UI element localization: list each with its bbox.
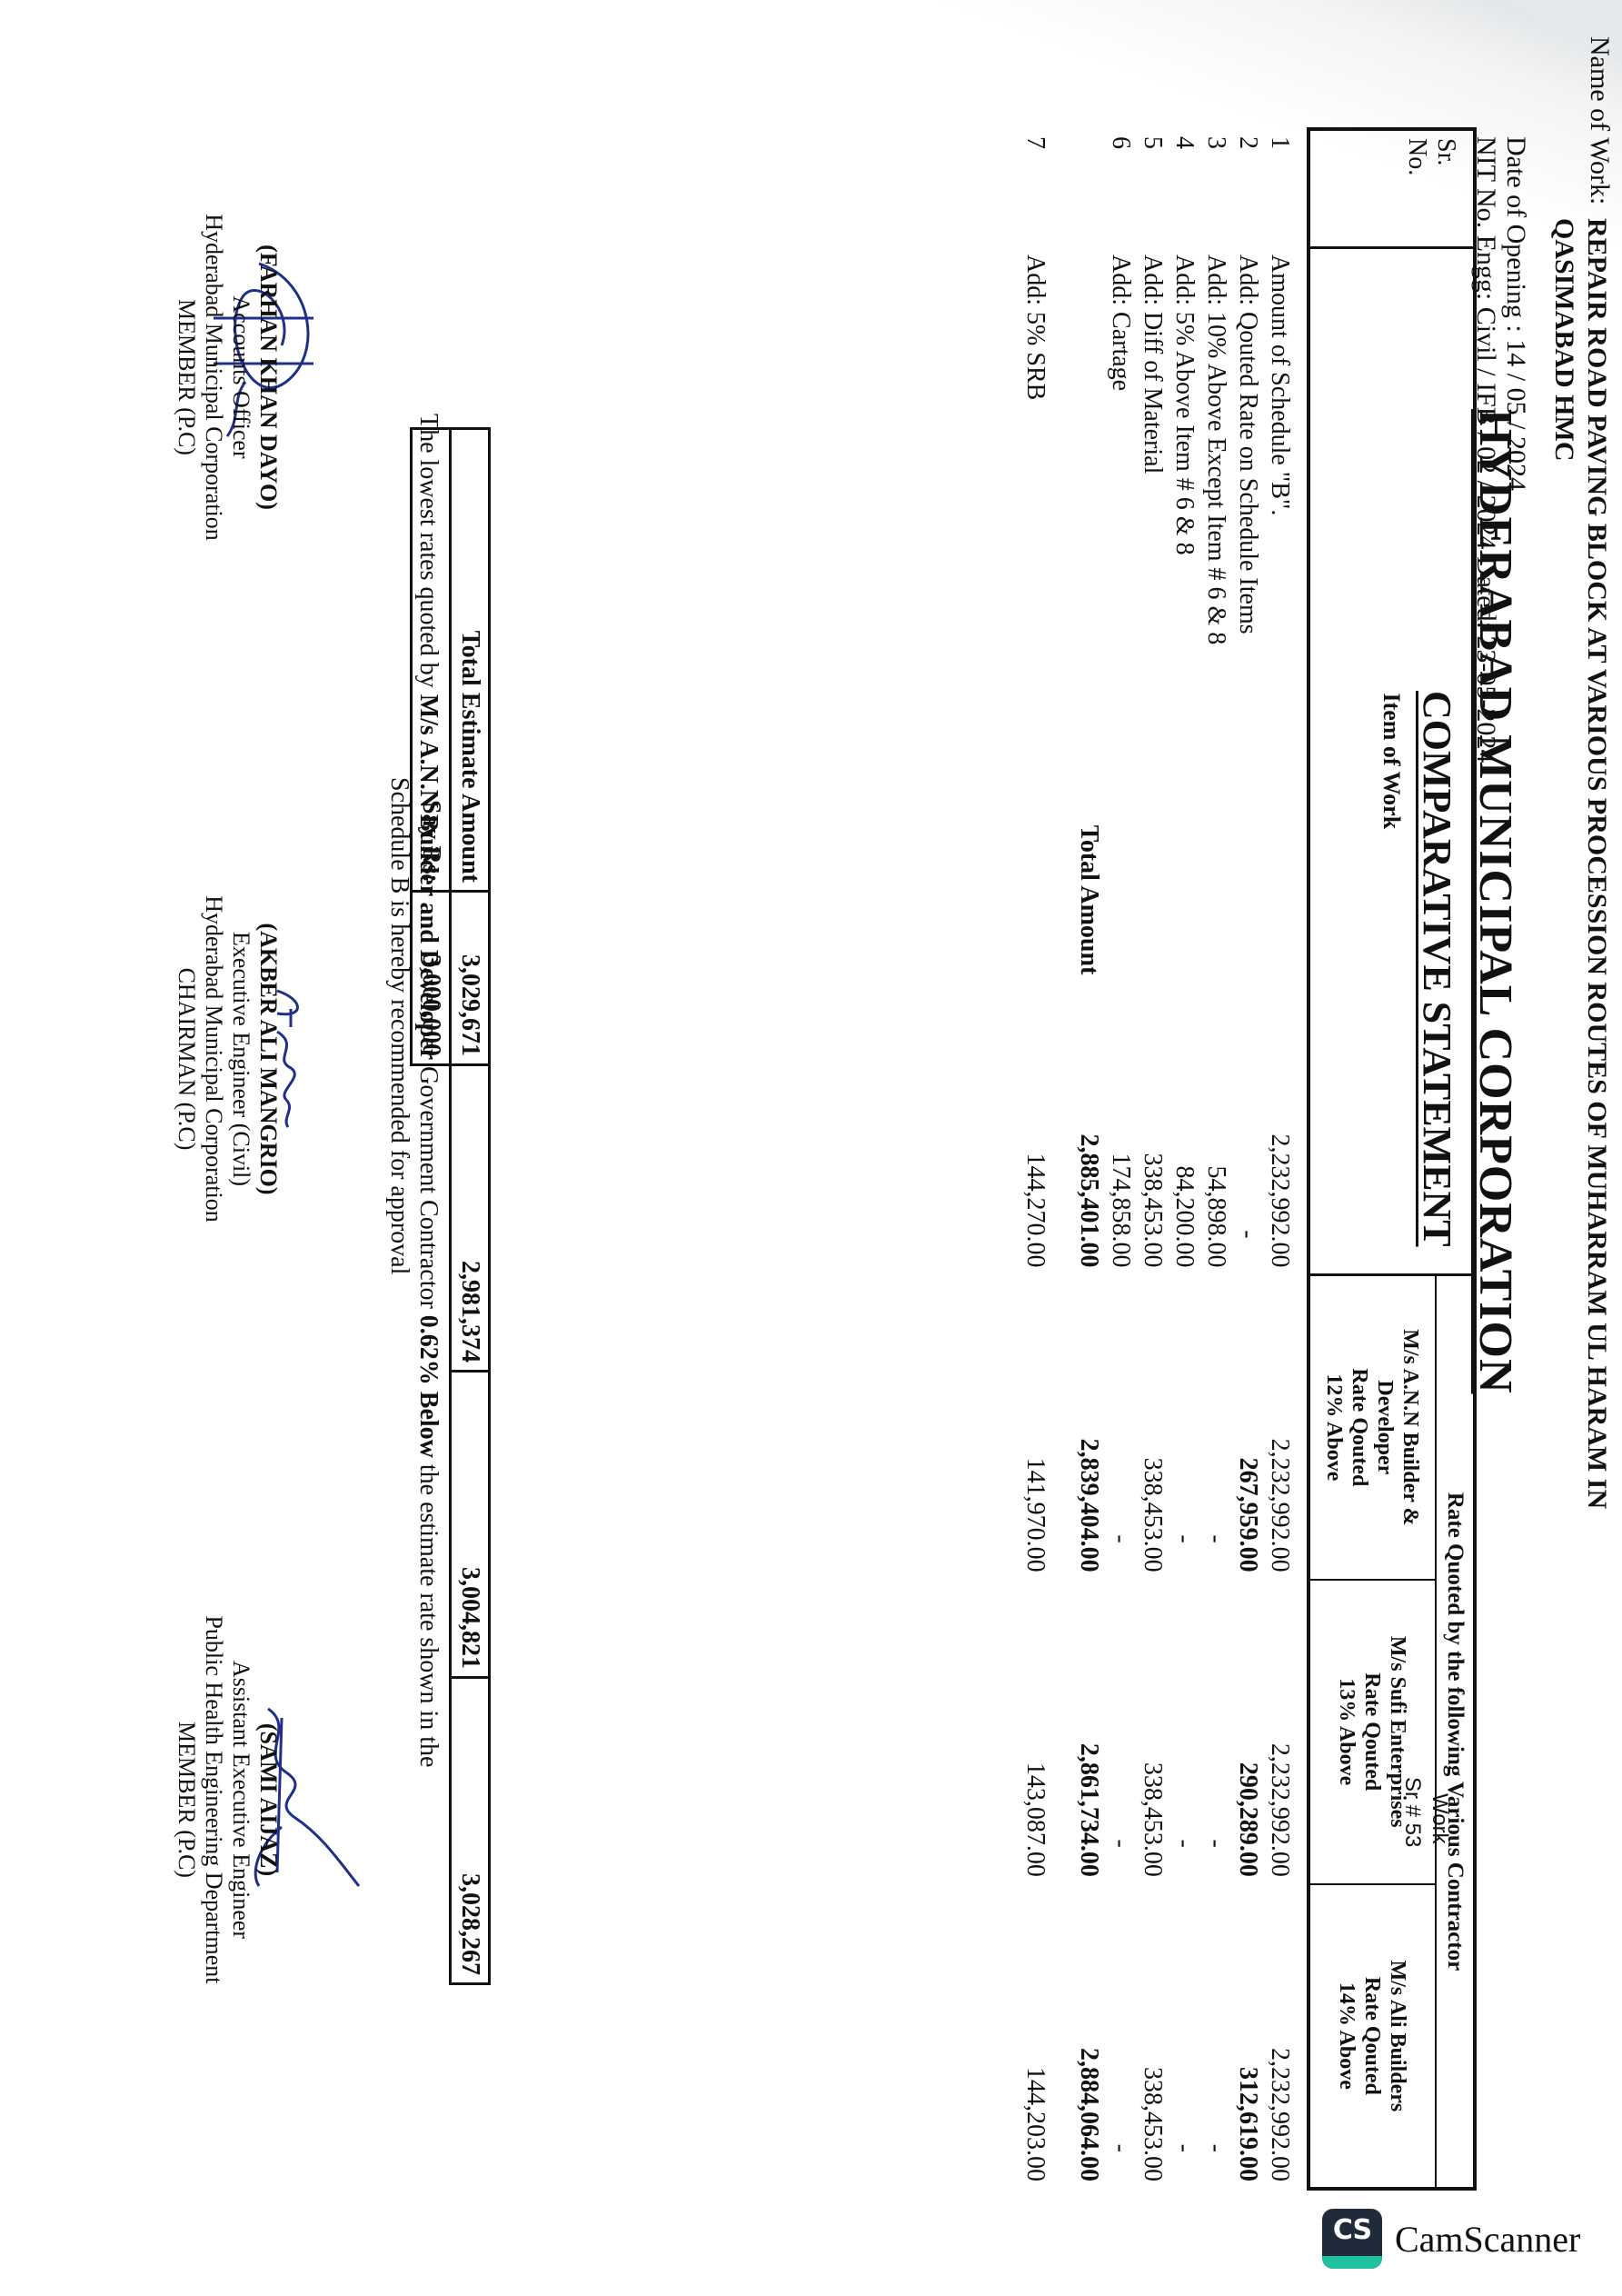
contractor-percent: 13% Above	[1335, 1584, 1360, 1880]
row-estimate: 54,898.00	[1200, 1002, 1232, 1274]
row-contractor-2: 290,289.00	[1232, 1580, 1264, 1884]
recommendation-middle: Government Contractor	[414, 1060, 443, 1315]
contractor-rate-label: Rate Qouted	[1360, 1889, 1386, 2183]
row-contractor-2: -	[1105, 1580, 1137, 1884]
total-amount-contractor-3: 2,884,064.00	[1073, 1884, 1105, 2189]
row-sr-no: 1	[1264, 129, 1296, 247]
table-row: 5Add: Diff of Material338,453.00338,453.…	[1137, 129, 1169, 2189]
signatory-name: (AKBER ALI MANGRIO)	[254, 877, 282, 1241]
signatory-title: Assistant Executive Engineer	[227, 1600, 254, 2000]
table-row: 1Amount of Schedule "B".2,232,992.002,23…	[1264, 129, 1296, 2189]
row-estimate: -	[1232, 1002, 1264, 1274]
comparative-table: Sr. No. Item of Work Rate Quoted by the …	[1020, 127, 1477, 2191]
row-sr-no: 7	[1020, 129, 1051, 247]
table-row: 4Add: 5% Above Item # 6 & 884,200.00---	[1169, 129, 1200, 2189]
row-item: Add: Cartage	[1105, 247, 1137, 1002]
name-of-work-line1: REPAIR ROAD PAVING BLOCK AT VARIOUS PROC…	[1580, 218, 1613, 1509]
row-item: Add: Qouted Rate on Schedule Items	[1232, 247, 1264, 1002]
header-sr-label: Sr.	[1431, 138, 1460, 239]
total-contractor-2: 3,004,821	[451, 1372, 490, 1678]
name-of-work-label: Name of Work:	[1584, 36, 1615, 205]
row-contractor-3: 338,453.00	[1137, 1884, 1169, 2189]
recommendation-prefix: The lowest rates quoted by	[414, 414, 443, 694]
signatory-org: Hyderabad Municipal Corporation	[200, 877, 227, 1241]
row-item: Amount of Schedule "B".	[1264, 247, 1296, 1002]
row-contractor-1: 2,232,992.00	[1264, 1275, 1296, 1580]
row-estimate: 2,232,992.00	[1264, 1002, 1296, 1274]
row-item: Add: 5% SRB	[1020, 247, 1051, 1002]
row-contractor-1: -	[1105, 1275, 1137, 1580]
row-estimate: 144,270.00	[1020, 1002, 1051, 1274]
rotated-document: HYDERABAD MUNICIPAL CORPORATION COMPARAT…	[0, 0, 1622, 2200]
row-contractor-3: 2,232,992.00	[1264, 1884, 1296, 2189]
row-contractor-2: 143,087.00	[1020, 1580, 1051, 1884]
table-row: 6Add: Cartage174,858.00---	[1105, 129, 1137, 2189]
total-estimate-value: 3,029,671	[451, 892, 490, 1065]
row-contractor-1: -	[1200, 1275, 1232, 1580]
header-contractor-1: M/s A.N.N Builder & Developer Rate Qoute…	[1309, 1275, 1436, 1580]
row-sr-no: 3	[1200, 129, 1232, 247]
header-contractor-3: M/s Ali Builders Rate Qouted 14% Above	[1309, 1884, 1436, 2189]
row-contractor-3: -	[1169, 1884, 1200, 2189]
camscanner-badge-text: CS	[1322, 2214, 1382, 2246]
row-contractor-2: 2,232,992.00	[1264, 1580, 1296, 1884]
contractor-percent: 12% Above	[1322, 1280, 1348, 1575]
camscanner-watermark: CS CamScanner	[1322, 2209, 1580, 2269]
date-of-opening: Date of Opening : 14 / 05 / 2024	[1500, 136, 1531, 491]
row-sr-no: 2	[1232, 129, 1264, 247]
row-contractor-2: 338,453.00	[1137, 1580, 1169, 1884]
row-item: Add: 10% Above Except Item # 6 & 8	[1200, 247, 1232, 1002]
total-amount-estimate: 2,885,401.00	[1073, 1002, 1105, 1274]
table-body: 1Amount of Schedule "B".2,232,992.002,23…	[1020, 129, 1309, 2189]
header-contractor-2: M/s Sufi Enterprises Rate Qouted 13% Abo…	[1309, 1580, 1436, 1884]
signatory-org: Hyderabad Municipal Corporation	[200, 195, 227, 559]
camscanner-badge-band	[1322, 2256, 1382, 2269]
signatory-title: Executive Engineer (Civil)	[227, 877, 254, 1241]
signatory-org: Public Health Engineering Department	[200, 1600, 227, 2000]
camscanner-logo-icon: CS	[1322, 2209, 1382, 2269]
row-sr-no	[1073, 129, 1105, 247]
row-estimate: 338,453.00	[1137, 1002, 1169, 1274]
row-sr-no: 6	[1105, 129, 1137, 247]
signatory-role: MEMBER (P.C)	[173, 195, 200, 559]
table-row: 7Add: 5% SRB144,270.00141,970.00143,087.…	[1020, 129, 1051, 2189]
header-sr-no: Sr. No.	[1309, 129, 1475, 247]
total-contractor-3: 3,028,267	[451, 1678, 490, 1984]
row-estimate: 174,858.00	[1105, 1002, 1137, 1274]
row-sr-no: 4	[1169, 129, 1200, 247]
row-estimate: 84,200.00	[1169, 1002, 1200, 1274]
contractor-name: M/s A.N.N Builder & Developer	[1373, 1280, 1424, 1575]
row-item: Add: Diff of Material	[1137, 247, 1169, 1002]
contractor-rate-label: Rate Qouted	[1360, 1584, 1386, 1880]
signatory-2: (AKBER ALI MANGRIO) Executive Engineer (…	[173, 877, 282, 1241]
signatory-name: (FARHAN KHAN DAYO)	[254, 195, 282, 559]
row-contractor-3: -	[1200, 1884, 1232, 2189]
camscanner-label: CamScanner	[1395, 2218, 1580, 2261]
table-row: 3Add: 10% Above Except Item # 6 & 854,89…	[1200, 129, 1232, 2189]
row-contractor-2: -	[1169, 1580, 1200, 1884]
contractor-name: M/s Sufi Enterprises	[1386, 1584, 1411, 1880]
contractor-percent: 14% Above	[1335, 1889, 1360, 2183]
total-amount-contractor-2: 2,861,734.00	[1073, 1580, 1105, 1884]
recommendation-suffix: the estimate rate shown in the	[414, 1458, 443, 1768]
total-estimate-label: Total Estimate Amount	[451, 429, 490, 892]
signatory-3: (SAMI AIJAZ) Assistant Executive Enginee…	[173, 1600, 282, 2000]
row-contractor-2: -	[1200, 1580, 1232, 1884]
row-contractor-1: -	[1169, 1275, 1200, 1580]
recommended-contractor: M/s A.N.N Builder and Developer	[414, 694, 443, 1060]
signatory-role: MEMBER (P.C)	[173, 1600, 200, 2000]
signatory-1: (FARHAN KHAN DAYO) Accounts Officer Hyde…	[173, 195, 282, 559]
total-amount-row: Total Amount2,885,401.002,839,404.002,86…	[1073, 129, 1105, 2189]
recommended-percent: 0.62% Below	[414, 1315, 443, 1458]
contractor-name: M/s Ali Builders	[1386, 1889, 1411, 2183]
name-of-work-line2: QASIMABAD HMC	[1547, 218, 1580, 462]
row-contractor-1: 267,959.00	[1232, 1275, 1264, 1580]
contractor-rate-label: Rate Qouted	[1348, 1280, 1373, 1575]
signatory-name: (SAMI AIJAZ)	[254, 1600, 282, 2000]
row-contractor-3: 144,203.00	[1020, 1884, 1051, 2189]
spacer	[1051, 129, 1073, 2189]
header-item-of-work: Item of Work	[1309, 247, 1475, 1274]
row-contractor-3: -	[1105, 1884, 1137, 2189]
row-sr-no: 5	[1137, 129, 1169, 247]
total-amount-contractor-1: 2,839,404.00	[1073, 1275, 1105, 1580]
row-contractor-1: 141,970.00	[1020, 1275, 1051, 1580]
header-contractor-group: Rate Quoted by the following Various Con…	[1436, 1275, 1475, 2189]
row-item: Add: 5% Above Item # 6 & 8	[1169, 247, 1200, 1002]
signatory-title: Accounts Officer	[227, 195, 254, 559]
total-contractor-1: 2,981,374	[451, 1065, 490, 1372]
total-amount-label: Total Amount	[1073, 247, 1105, 1002]
recommendation-line2: Schedule B is hereby recommended for app…	[384, 777, 413, 1274]
signatory-role: CHAIRMAN (P.C)	[173, 877, 200, 1241]
row-contractor-1: 338,453.00	[1137, 1275, 1169, 1580]
recommendation-line1: The lowest rates quoted by M/s A.N.N Bui…	[413, 414, 443, 1767]
table-row: 2Add: Qouted Rate on Schedule Items-267,…	[1232, 129, 1264, 2189]
row-contractor-3: 312,619.00	[1232, 1884, 1264, 2189]
header-no-label: No.	[1402, 138, 1431, 239]
